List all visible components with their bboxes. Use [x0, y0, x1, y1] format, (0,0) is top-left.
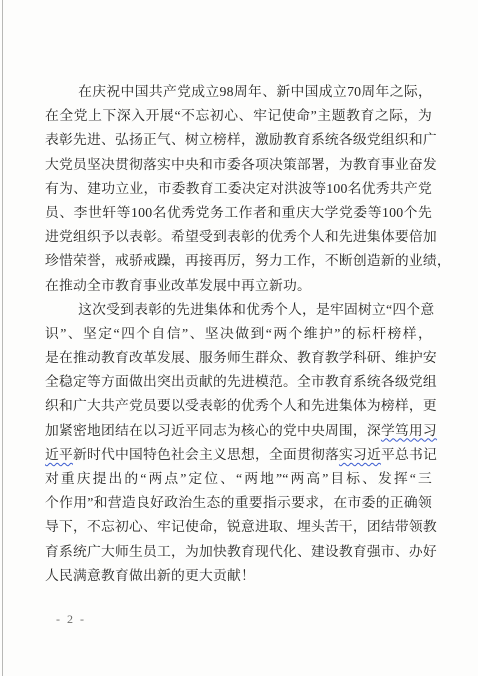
text-line: 人民满意教育做出新的更大贡献！	[45, 564, 432, 588]
text-line: 加紧密地团结在以习近平同志为核心的党中央周围，深学笃用习	[45, 419, 432, 443]
text-line: 在庆祝中国共产党成立98周年、新中国成立70周年之际，	[45, 80, 432, 104]
text-line: 导下，不忘初心、牢记使命，锐意进取、埋头苦干，团结带领教	[45, 515, 432, 539]
text-segment: 平总书记	[381, 447, 437, 462]
text-line: 在推动全市教育事业改革发展中再立新功。	[45, 274, 432, 298]
text-line: 织和广大共产党员要以受表彰的优秀个人和先进集体为榜样，更	[45, 394, 432, 418]
spellcheck-wavy-underline-segment: 学笃用习	[381, 423, 437, 438]
text-line: 有为、建功立业，市委教育工委决定对洪波等100名优秀共产党	[45, 177, 432, 201]
text-line: 这次受到表彰的先进集体和优秀个人，是牢固树立“四个意	[45, 298, 432, 322]
spellcheck-wavy-underline-segment: 近平	[45, 447, 73, 462]
text-line: 是在推动教育改革发展、服务师生群众、教育教学科研、维护安	[45, 346, 432, 370]
text-line: 全稳定等方面做出突出贡献的先进模范。全市教育系统各级党组	[45, 370, 432, 394]
text-line: 近平新时代中国特色社会主义思想，全面贯彻落实习近平总书记	[45, 443, 432, 467]
text-line: 珍惜荣誉，戒骄戒躁，再接再厉，努力工作，不断创造新的业绩，	[45, 249, 432, 273]
text-line: 识”、坚定“四个自信”、坚决做到“两个维护”的标杆榜样，	[45, 322, 432, 346]
text-line: 进党组织予以表彰。希望受到表彰的优秀个人和先进集体要倍加	[45, 225, 432, 249]
text-segment: 加紧密地团结在以习近平同志为核心的党中央周围，深	[45, 423, 381, 438]
document-body: 在庆祝中国共产党成立98周年、新中国成立70周年之际， 在全党上下深入开展“不忘…	[45, 80, 432, 588]
document-page: 在庆祝中国共产党成立98周年、新中国成立70周年之际， 在全党上下深入开展“不忘…	[0, 0, 478, 676]
text-line: 表彰先进、弘扬正气、树立榜样，激励教育系统各级党组织和广	[45, 128, 432, 152]
text-line: 育系统广大师生员工，为加快教育现代化、建设教育强市、办好	[45, 540, 432, 564]
text-line: 对重庆提出的“两点”定位、“两地”“两高”目标、发挥“三	[45, 467, 432, 491]
page-number: - 2 -	[56, 612, 86, 627]
text-line: 大党员坚决贯彻落实中央和市委各项决策部署，为教育事业奋发	[45, 153, 432, 177]
text-line: 员、李世轩等100名优秀党务工作者和重庆大学党委等100个先	[45, 201, 432, 225]
text-line: 个作用”和营造良好政治生态的重要指示要求，在市委的正确领	[45, 491, 432, 515]
spellcheck-wavy-underline-segment: 实习近	[339, 447, 381, 462]
text-line: 在全党上下深入开展“不忘初心、牢记使命”主题教育之际，为	[45, 104, 432, 128]
scan-edge-artifact	[2, 0, 3, 676]
text-segment: 新时代中国特色社会主义思想，全面贯彻落	[73, 447, 339, 462]
